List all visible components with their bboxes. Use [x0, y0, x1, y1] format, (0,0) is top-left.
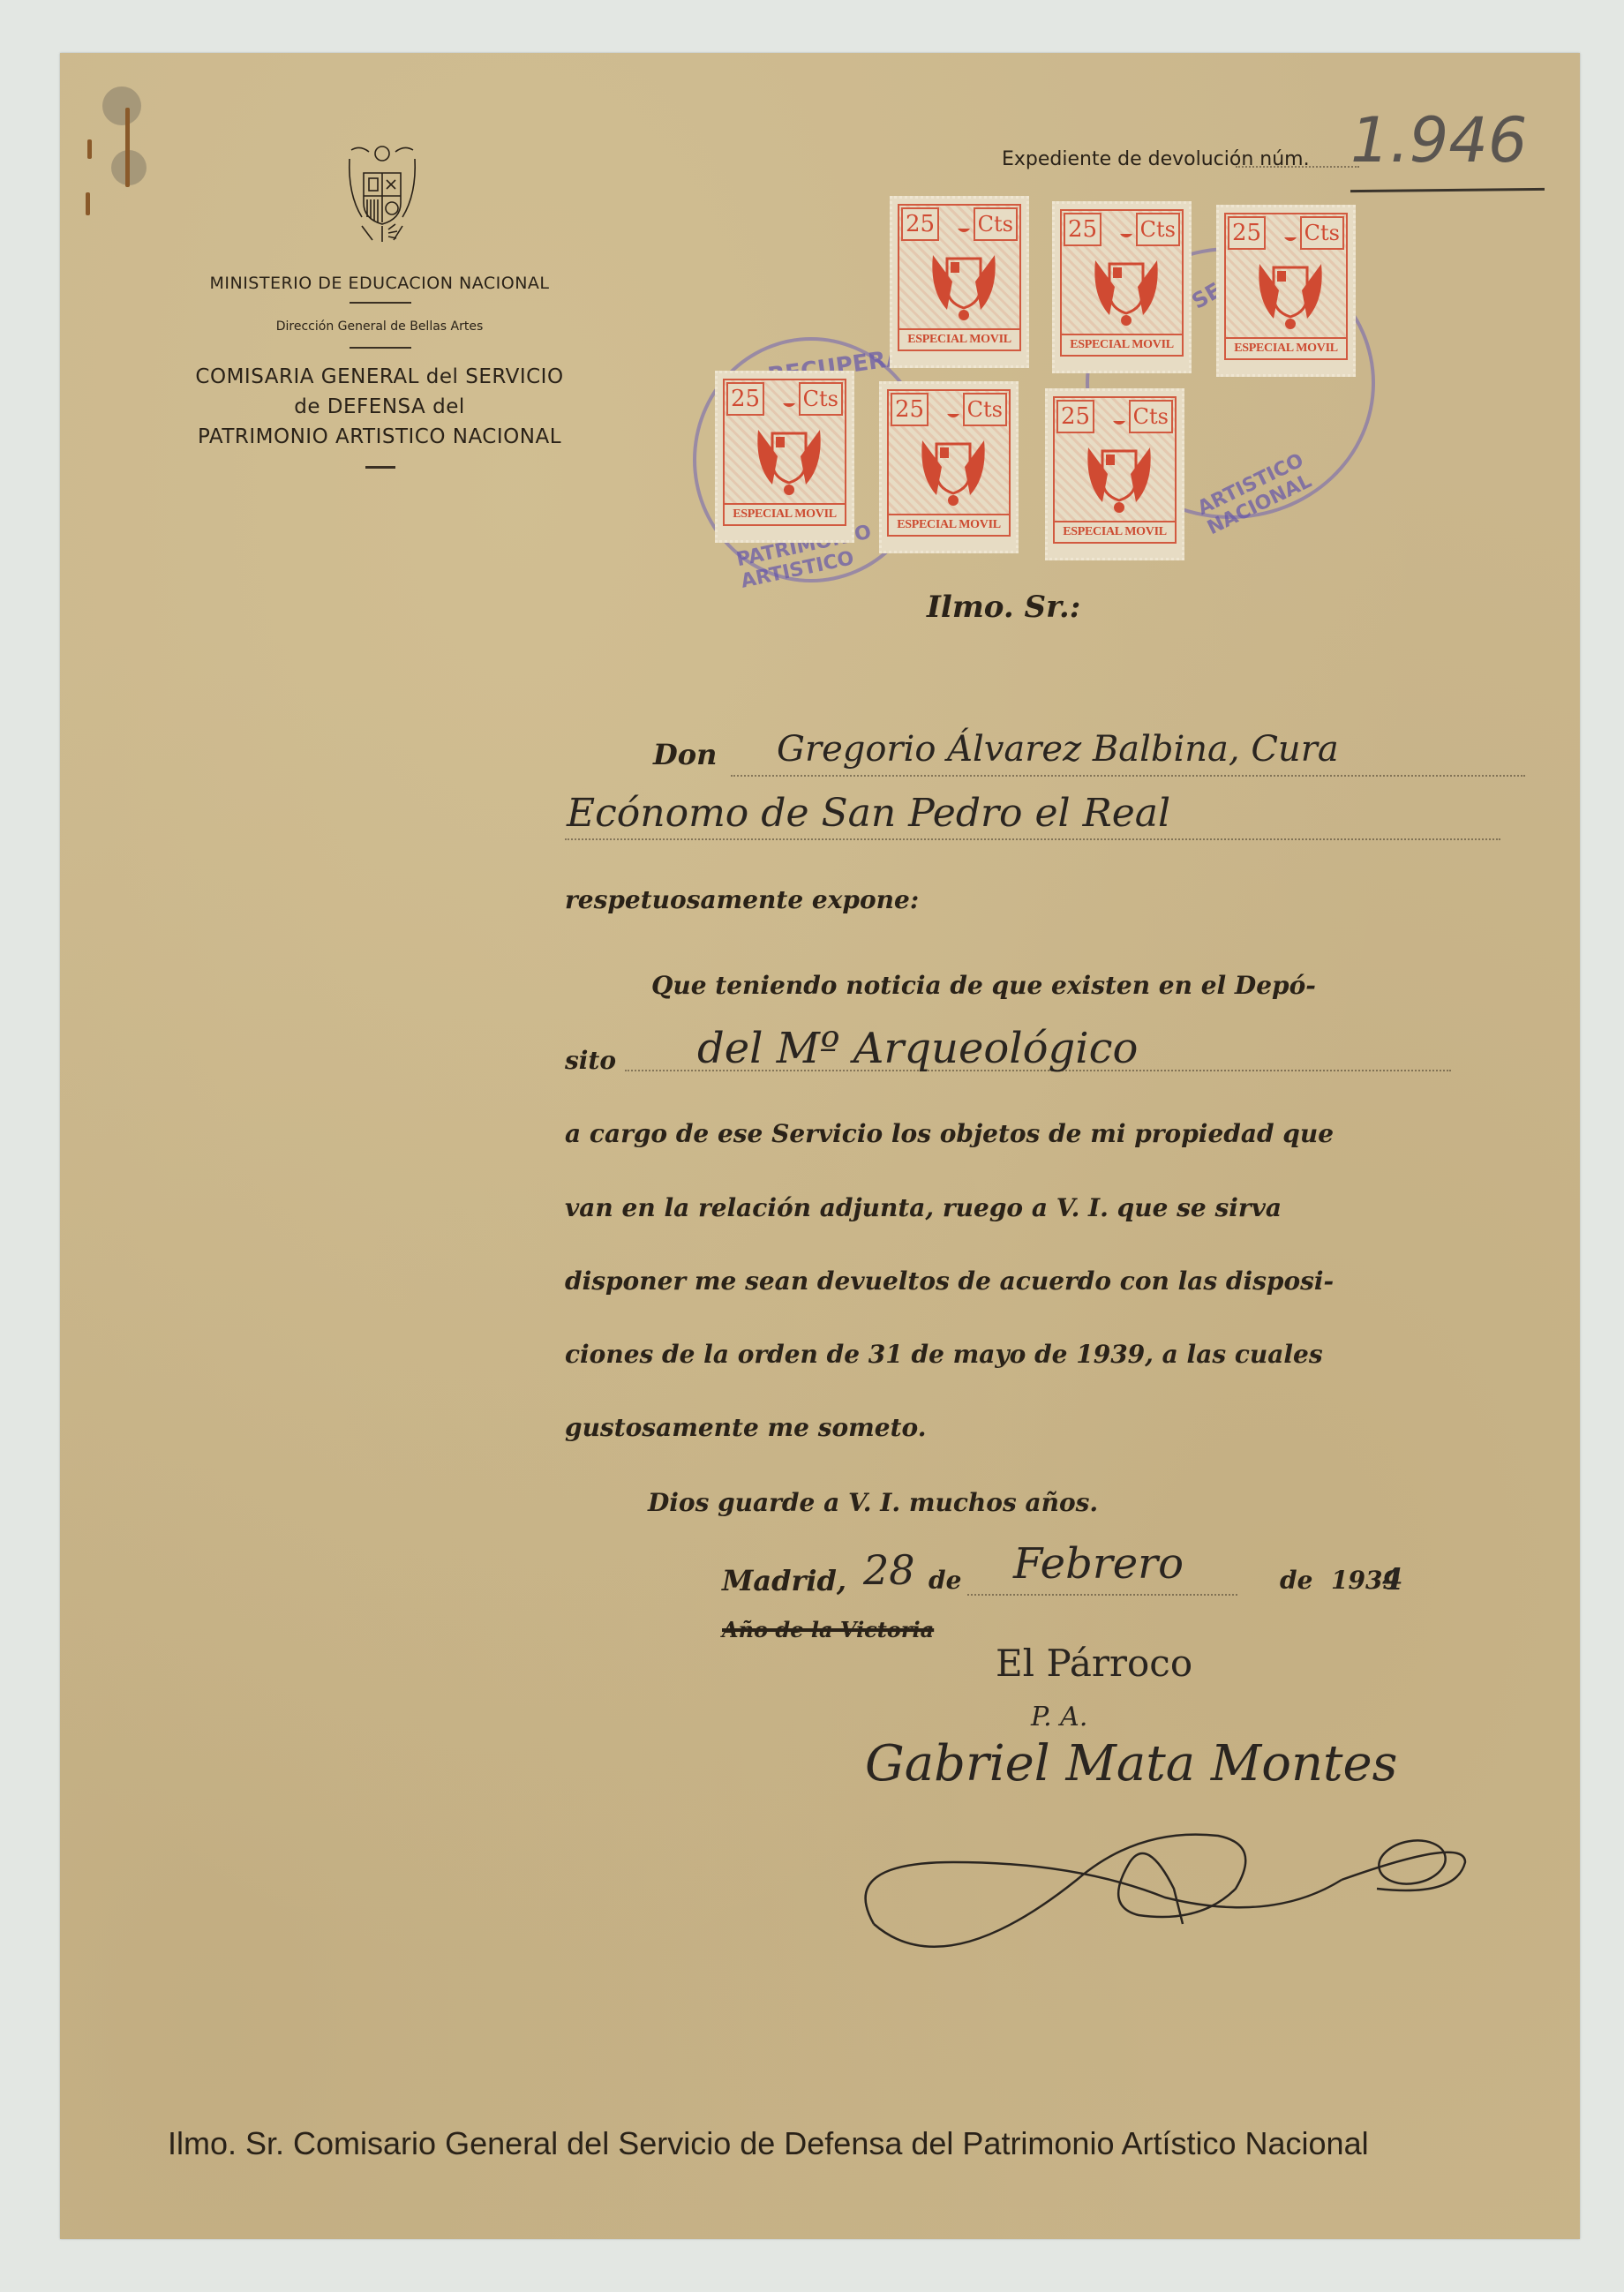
eagle-crest-icon	[1088, 234, 1164, 327]
file-reference-dots	[1236, 166, 1359, 168]
commission-line-3: PATRIMONIO ARTISTICO NACIONAL	[177, 422, 583, 452]
rust-stain	[102, 86, 141, 125]
paragraph-line-1: Que teniendo noticia de que existen en e…	[651, 971, 1316, 1000]
eagle-crest-icon	[1252, 237, 1328, 330]
paragraph-line-5: disponer me sean devueltos de acuerdo co…	[565, 1266, 1334, 1296]
revenue-stamp: 25 Cts ESPECIAL MOVIL	[890, 196, 1029, 368]
stamp-label: ESPECIAL MOVIL	[725, 503, 845, 524]
eagle-crest-icon	[915, 414, 991, 507]
paragraph-line-7: gustosamente me someto.	[565, 1413, 926, 1442]
signature-name-handwritten: Gabriel Mata Montes	[865, 1735, 1397, 1792]
salutation: Ilmo. Sr.:	[927, 590, 1080, 625]
stamp-label: ESPECIAL MOVIL	[1062, 334, 1182, 355]
signer-title-handwritten: El Párroco	[996, 1642, 1192, 1685]
directorate-name: Dirección General de Bellas Artes	[177, 319, 583, 334]
month-handwritten: Febrero	[1013, 1539, 1184, 1589]
petitioner-title-handwritten: Ecónomo de San Pedro el Real	[567, 791, 1170, 836]
eagle-crest-icon	[751, 403, 827, 496]
spanish-coat-of-arms-icon	[342, 141, 422, 247]
name-dotline	[731, 775, 1525, 777]
stamp-label: ESPECIAL MOVIL	[1226, 337, 1346, 358]
revenue-stamp: 25 Cts ESPECIAL MOVIL	[1045, 388, 1184, 560]
divider	[365, 466, 395, 469]
paragraph-line-3: a cargo de ese Servicio los objetos de m…	[565, 1119, 1334, 1148]
date-de: de	[929, 1566, 961, 1595]
petitioner-name-handwritten: Gregorio Álvarez Balbina, Cura	[777, 729, 1339, 770]
staple-mark	[87, 139, 92, 159]
commission-line-1: COMISARIA GENERAL del SERVICIO	[177, 362, 583, 392]
divider	[350, 302, 411, 304]
date-place: Madrid,	[722, 1564, 846, 1597]
signature-flourish-icon	[847, 1800, 1500, 1959]
addressee-footer: Ilmo. Sr. Comisario General del Servicio…	[168, 2125, 1369, 2162]
deposit-handwritten: del Mº Arqueológico	[697, 1024, 1138, 1073]
stamp-label: ESPECIAL MOVIL	[1055, 521, 1175, 542]
intro-text: respetuosamente expone:	[565, 885, 919, 914]
staple-mark	[125, 108, 130, 187]
struck-year-motto: Año de la Victoria	[722, 1617, 934, 1642]
commission-line-2: de DEFENSA del	[177, 392, 583, 422]
petitioner-prefix: Don	[653, 738, 717, 771]
stamp-label: ESPECIAL MOVIL	[889, 514, 1009, 535]
signature-pp: P. A.	[1031, 1702, 1087, 1732]
staple-mark	[86, 192, 90, 215]
eagle-crest-icon	[926, 229, 1002, 321]
stamp-label: ESPECIAL MOVIL	[899, 328, 1019, 349]
revenue-stamp: 25 Cts ESPECIAL MOVIL	[879, 381, 1019, 553]
eagle-crest-icon	[1081, 421, 1157, 514]
revenue-stamp: 25 Cts ESPECIAL MOVIL	[1052, 201, 1192, 373]
name-dotline-2	[565, 838, 1500, 840]
ministry-name: MINISTERIO DE EDUCACION NACIONAL	[177, 274, 583, 293]
file-reference-number: 1.946	[1350, 104, 1527, 177]
year-correction-handwritten: 4	[1382, 1562, 1403, 1597]
paragraph-line-4: van en la relación adjunta, ruego a V. I…	[565, 1193, 1282, 1222]
blessing: Dios guarde a V. I. muchos años.	[648, 1488, 1098, 1517]
divider	[350, 347, 411, 349]
date-de-2: de	[1280, 1566, 1312, 1595]
month-dotline	[967, 1594, 1237, 1596]
revenue-stamp: 25 Cts ESPECIAL MOVIL	[715, 371, 854, 543]
date-day-handwritten: 28	[863, 1546, 915, 1594]
deposit-prefix: sito	[565, 1046, 616, 1075]
revenue-stamp: 25 Cts ESPECIAL MOVIL	[1216, 205, 1356, 377]
paragraph-line-6: ciones de la orden de 31 de mayo de 1939…	[565, 1340, 1323, 1369]
